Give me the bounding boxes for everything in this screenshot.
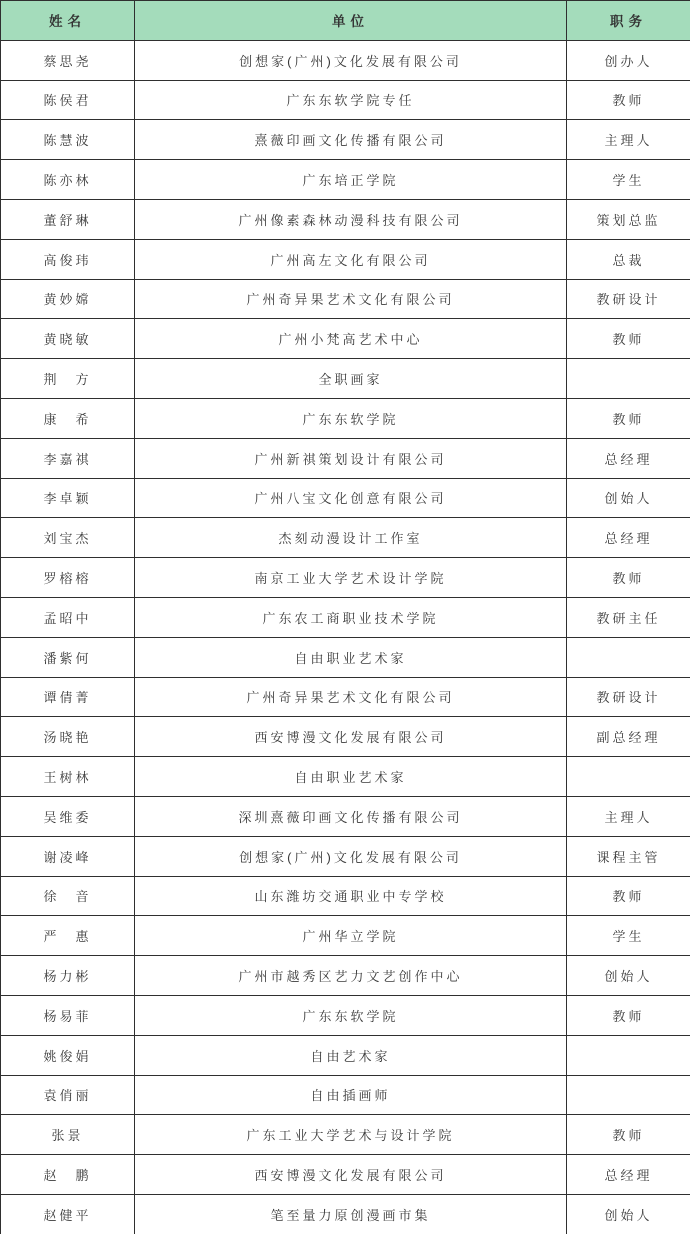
roster-table: 姓名 单位 职务 蔡思尧 创想家(广州)文化发展有限公司 创办人 陈侯君 广东东… bbox=[0, 0, 690, 1234]
table-row: 杨力彬 广州市越秀区艺力文艺创作中心 创始人 bbox=[1, 956, 690, 996]
table-row: 陈亦林 广东培正学院 学生 bbox=[1, 160, 690, 200]
name-cell: 徐 音 bbox=[1, 876, 135, 916]
name-cell: 陈亦林 bbox=[1, 160, 135, 200]
name-cell: 高俊玮 bbox=[1, 239, 135, 279]
title-cell: 副总经理 bbox=[567, 717, 690, 757]
unit-cell: 广东培正学院 bbox=[135, 160, 567, 200]
unit-cell: 全职画家 bbox=[135, 359, 567, 399]
title-cell: 创办人 bbox=[567, 40, 690, 80]
table-row: 康 希 广东东软学院 教师 bbox=[1, 398, 690, 438]
column-header-title: 职务 bbox=[567, 1, 690, 41]
table-row: 赵健平 笔至量力原创漫画市集 创始人 bbox=[1, 1194, 690, 1234]
title-cell: 学生 bbox=[567, 160, 690, 200]
table-row: 黄晓敏 广州小梵高艺术中心 教师 bbox=[1, 319, 690, 359]
title-cell: 总经理 bbox=[567, 438, 690, 478]
name-cell: 罗榕榕 bbox=[1, 558, 135, 598]
unit-cell: 山东潍坊交通职业中专学校 bbox=[135, 876, 567, 916]
name-cell: 谢凌峰 bbox=[1, 836, 135, 876]
table-row: 高俊玮 广州高左文化有限公司 总裁 bbox=[1, 239, 690, 279]
table-row: 谢凌峰 创想家(广州)文化发展有限公司 课程主管 bbox=[1, 836, 690, 876]
title-cell: 策划总监 bbox=[567, 199, 690, 239]
title-cell: 教师 bbox=[567, 80, 690, 120]
unit-cell: 广州小梵高艺术中心 bbox=[135, 319, 567, 359]
title-cell bbox=[567, 359, 690, 399]
name-cell: 潘紫何 bbox=[1, 637, 135, 677]
title-cell: 创始人 bbox=[567, 956, 690, 996]
unit-cell: 广州八宝文化创意有限公司 bbox=[135, 478, 567, 518]
unit-cell: 广州市越秀区艺力文艺创作中心 bbox=[135, 956, 567, 996]
title-cell: 创始人 bbox=[567, 1194, 690, 1234]
column-header-name: 姓名 bbox=[1, 1, 135, 41]
table-row: 陈慧波 熹薇印画文化传播有限公司 主理人 bbox=[1, 120, 690, 160]
name-cell: 刘宝杰 bbox=[1, 518, 135, 558]
title-cell: 总裁 bbox=[567, 239, 690, 279]
title-cell: 主理人 bbox=[567, 120, 690, 160]
unit-cell: 西安博漫文化发展有限公司 bbox=[135, 717, 567, 757]
title-cell bbox=[567, 637, 690, 677]
name-cell: 严 惠 bbox=[1, 916, 135, 956]
name-cell: 陈侯君 bbox=[1, 80, 135, 120]
title-cell: 教研主任 bbox=[567, 597, 690, 637]
name-cell: 姚俊娟 bbox=[1, 1035, 135, 1075]
title-cell: 创始人 bbox=[567, 478, 690, 518]
title-cell: 教师 bbox=[567, 319, 690, 359]
name-cell: 荆 方 bbox=[1, 359, 135, 399]
name-cell: 李卓颖 bbox=[1, 478, 135, 518]
name-cell: 孟昭中 bbox=[1, 597, 135, 637]
roster-page: 姓名 单位 职务 蔡思尧 创想家(广州)文化发展有限公司 创办人 陈侯君 广东东… bbox=[0, 0, 690, 1234]
table-row: 潘紫何 自由职业艺术家 bbox=[1, 637, 690, 677]
title-cell: 教研设计 bbox=[567, 677, 690, 717]
name-cell: 黄晓敏 bbox=[1, 319, 135, 359]
unit-cell: 创想家(广州)文化发展有限公司 bbox=[135, 40, 567, 80]
name-cell: 袁俏丽 bbox=[1, 1075, 135, 1115]
table-row: 王树林 自由职业艺术家 bbox=[1, 757, 690, 797]
title-cell: 教师 bbox=[567, 398, 690, 438]
unit-cell: 杰刻动漫设计工作室 bbox=[135, 518, 567, 558]
table-row: 李卓颖 广州八宝文化创意有限公司 创始人 bbox=[1, 478, 690, 518]
unit-cell: 西安博漫文化发展有限公司 bbox=[135, 1155, 567, 1195]
name-cell: 李嘉祺 bbox=[1, 438, 135, 478]
table-row: 罗榕榕 南京工业大学艺术设计学院 教师 bbox=[1, 558, 690, 598]
title-cell: 教研设计 bbox=[567, 279, 690, 319]
name-cell: 谭倩菁 bbox=[1, 677, 135, 717]
unit-cell: 广州像素森林动漫科技有限公司 bbox=[135, 199, 567, 239]
title-cell bbox=[567, 1075, 690, 1115]
unit-cell: 深圳熹薇印画文化传播有限公司 bbox=[135, 796, 567, 836]
table-row: 张景 广东工业大学艺术与设计学院 教师 bbox=[1, 1115, 690, 1155]
table-row: 孟昭中 广东农工商职业技术学院 教研主任 bbox=[1, 597, 690, 637]
name-cell: 赵 鹏 bbox=[1, 1155, 135, 1195]
unit-cell: 广州华立学院 bbox=[135, 916, 567, 956]
title-cell bbox=[567, 757, 690, 797]
unit-cell: 广东工业大学艺术与设计学院 bbox=[135, 1115, 567, 1155]
table-row: 谭倩菁 广州奇异果艺术文化有限公司 教研设计 bbox=[1, 677, 690, 717]
name-cell: 黄妙嫦 bbox=[1, 279, 135, 319]
unit-cell: 广东东软学院 bbox=[135, 995, 567, 1035]
unit-cell: 南京工业大学艺术设计学院 bbox=[135, 558, 567, 598]
title-cell: 课程主管 bbox=[567, 836, 690, 876]
title-cell: 学生 bbox=[567, 916, 690, 956]
title-cell: 教师 bbox=[567, 558, 690, 598]
name-cell: 赵健平 bbox=[1, 1194, 135, 1234]
name-cell: 杨力彬 bbox=[1, 956, 135, 996]
title-cell bbox=[567, 1035, 690, 1075]
table-row: 杨易菲 广东东软学院 教师 bbox=[1, 995, 690, 1035]
unit-cell: 广州高左文化有限公司 bbox=[135, 239, 567, 279]
unit-cell: 自由职业艺术家 bbox=[135, 637, 567, 677]
unit-cell: 笔至量力原创漫画市集 bbox=[135, 1194, 567, 1234]
name-cell: 陈慧波 bbox=[1, 120, 135, 160]
name-cell: 汤晓艳 bbox=[1, 717, 135, 757]
column-header-unit: 单位 bbox=[135, 1, 567, 41]
name-cell: 董舒琳 bbox=[1, 199, 135, 239]
table-row: 李嘉祺 广州新祺策划设计有限公司 总经理 bbox=[1, 438, 690, 478]
table-row: 吴维委 深圳熹薇印画文化传播有限公司 主理人 bbox=[1, 796, 690, 836]
title-cell: 教师 bbox=[567, 995, 690, 1035]
unit-cell: 熹薇印画文化传播有限公司 bbox=[135, 120, 567, 160]
name-cell: 杨易菲 bbox=[1, 995, 135, 1035]
table-row: 赵 鹏 西安博漫文化发展有限公司 总经理 bbox=[1, 1155, 690, 1195]
name-cell: 张景 bbox=[1, 1115, 135, 1155]
unit-cell: 广州新祺策划设计有限公司 bbox=[135, 438, 567, 478]
unit-cell: 自由插画师 bbox=[135, 1075, 567, 1115]
table-row: 徐 音 山东潍坊交通职业中专学校 教师 bbox=[1, 876, 690, 916]
table-row: 袁俏丽 自由插画师 bbox=[1, 1075, 690, 1115]
unit-cell: 自由职业艺术家 bbox=[135, 757, 567, 797]
title-cell: 教师 bbox=[567, 876, 690, 916]
unit-cell: 创想家(广州)文化发展有限公司 bbox=[135, 836, 567, 876]
table-row: 陈侯君 广东东软学院专任 教师 bbox=[1, 80, 690, 120]
table-row: 蔡思尧 创想家(广州)文化发展有限公司 创办人 bbox=[1, 40, 690, 80]
unit-cell: 广东农工商职业技术学院 bbox=[135, 597, 567, 637]
table-row: 黄妙嫦 广州奇异果艺术文化有限公司 教研设计 bbox=[1, 279, 690, 319]
table-row: 严 惠 广州华立学院 学生 bbox=[1, 916, 690, 956]
table-row: 刘宝杰 杰刻动漫设计工作室 总经理 bbox=[1, 518, 690, 558]
title-cell: 总经理 bbox=[567, 518, 690, 558]
table-row: 荆 方 全职画家 bbox=[1, 359, 690, 399]
name-cell: 王树林 bbox=[1, 757, 135, 797]
unit-cell: 广东东软学院专任 bbox=[135, 80, 567, 120]
name-cell: 蔡思尧 bbox=[1, 40, 135, 80]
name-cell: 康 希 bbox=[1, 398, 135, 438]
title-cell: 主理人 bbox=[567, 796, 690, 836]
table-row: 姚俊娟 自由艺术家 bbox=[1, 1035, 690, 1075]
unit-cell: 广州奇异果艺术文化有限公司 bbox=[135, 279, 567, 319]
title-cell: 教师 bbox=[567, 1115, 690, 1155]
header-row: 姓名 单位 职务 bbox=[1, 1, 690, 41]
table-row: 董舒琳 广州像素森林动漫科技有限公司 策划总监 bbox=[1, 199, 690, 239]
unit-cell: 广州奇异果艺术文化有限公司 bbox=[135, 677, 567, 717]
unit-cell: 自由艺术家 bbox=[135, 1035, 567, 1075]
table-row: 汤晓艳 西安博漫文化发展有限公司 副总经理 bbox=[1, 717, 690, 757]
unit-cell: 广东东软学院 bbox=[135, 398, 567, 438]
name-cell: 吴维委 bbox=[1, 796, 135, 836]
title-cell: 总经理 bbox=[567, 1155, 690, 1195]
